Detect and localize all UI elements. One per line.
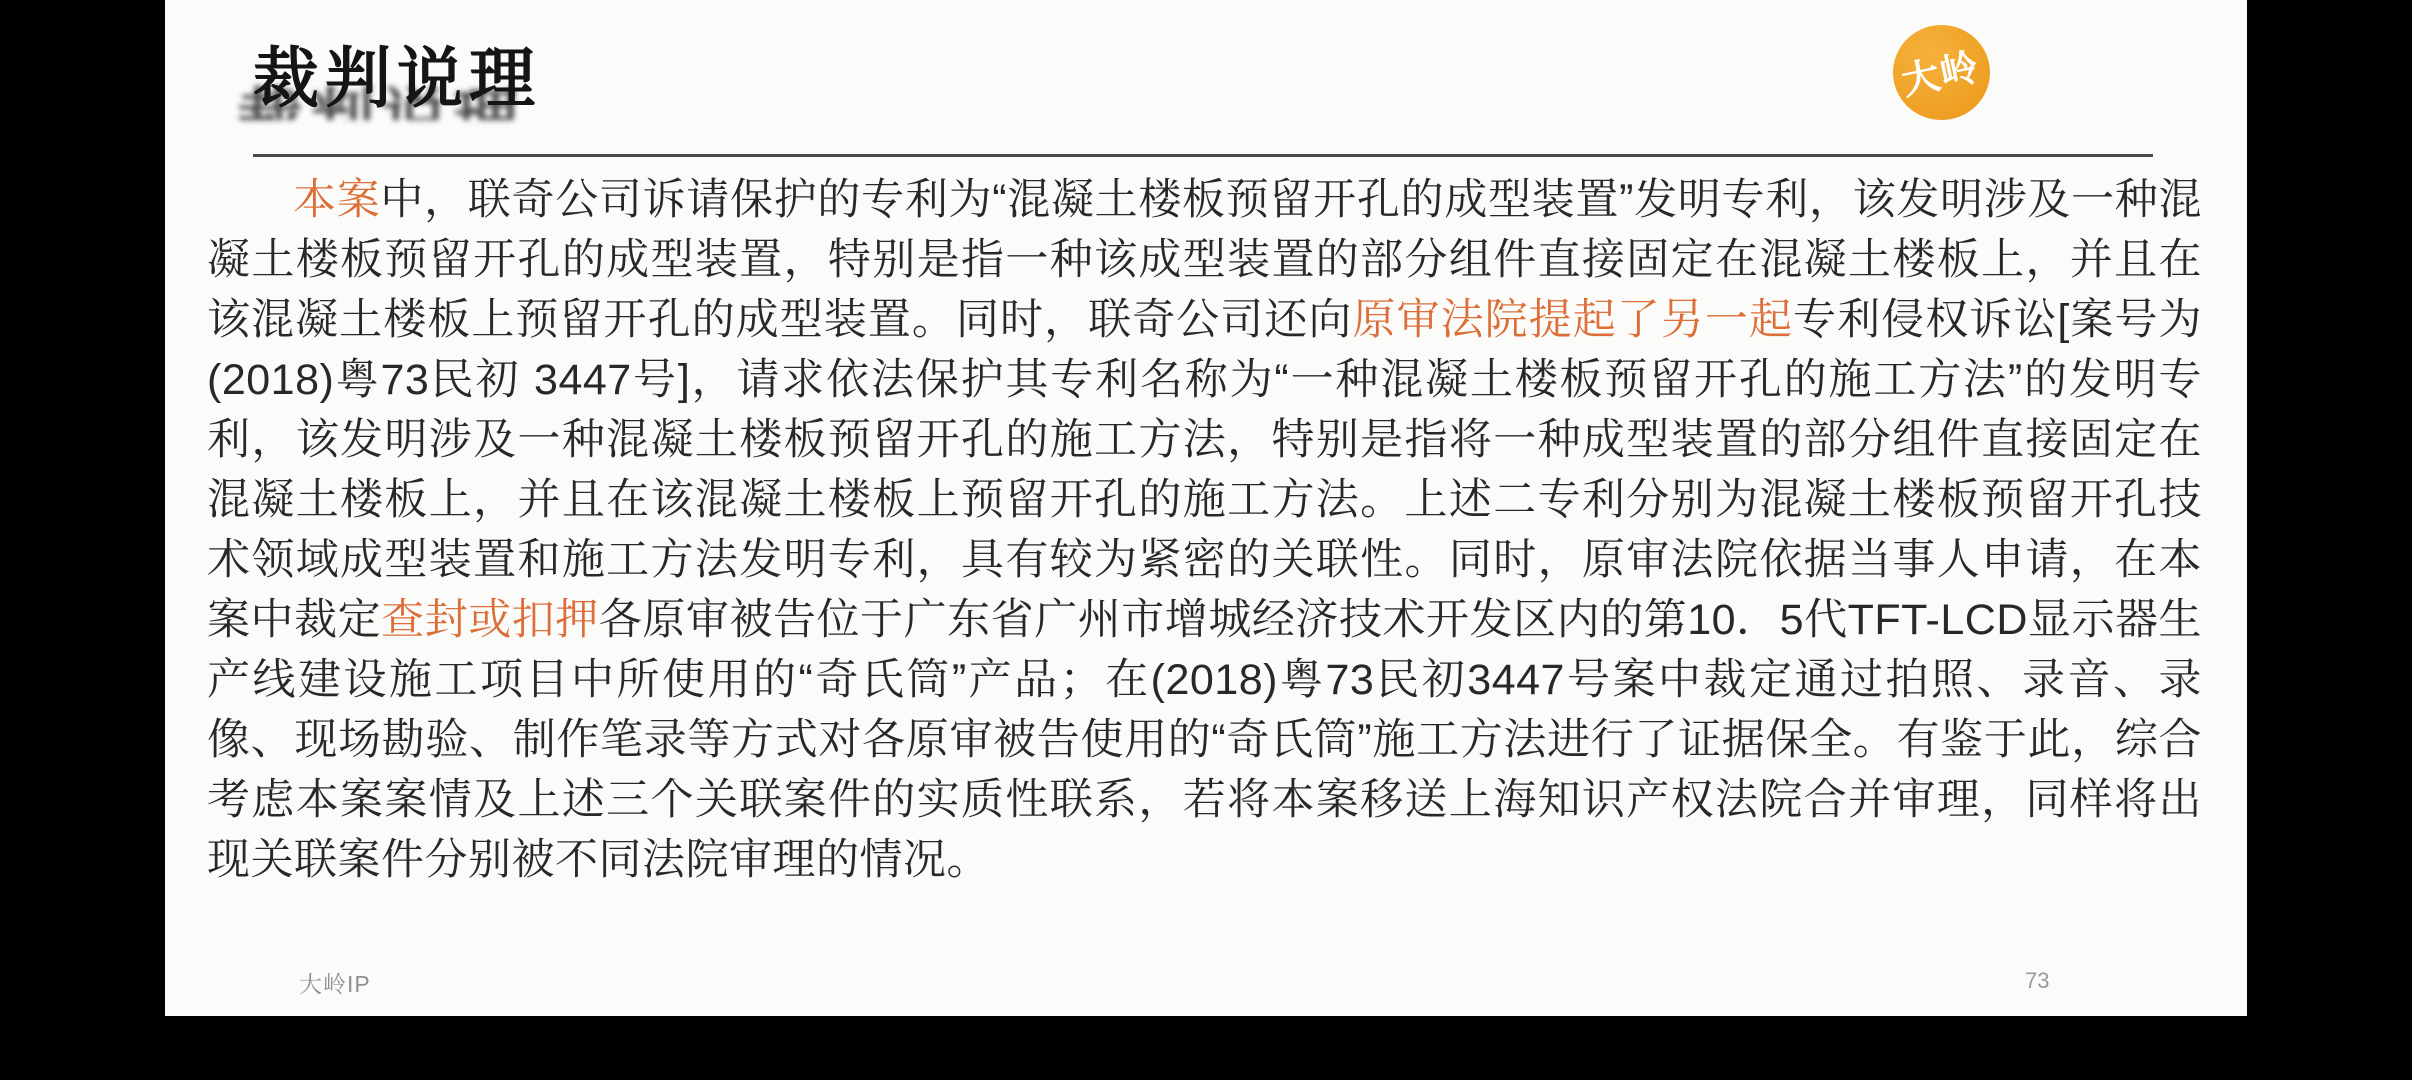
daling-logo-icon: 大岭	[1896, 36, 1984, 106]
video-frame: 裁判说理 裁判说理 大岭 本案中，联奇公司诉请保护的专利为“混凝土楼板预留开孔的…	[0, 0, 2412, 1080]
daling-logo-badge: 大岭	[1893, 25, 1990, 120]
highlight-original-court-suit: 原审法院提起了另一起	[1352, 296, 1793, 344]
title-underline	[253, 154, 2153, 157]
body-segment: 专利侵权诉讼[案号为(2018)粤73民初 3447号]，请求依法保护其专利名称…	[207, 296, 2202, 644]
slide-title: 裁判说理	[253, 44, 541, 113]
footer-brand: 大岭IP	[299, 966, 371, 999]
highlight-this-case: 本案	[293, 176, 380, 224]
judgment-reasoning-paragraph: 本案中，联奇公司诉请保护的专利为“混凝土楼板预留开孔的成型装置”发明专利，该发明…	[207, 170, 2202, 890]
presentation-slide: 裁判说理 裁判说理 大岭 本案中，联奇公司诉请保护的专利为“混凝土楼板预留开孔的…	[165, 0, 2247, 1016]
highlight-seize-or-detain: 查封或扣押	[381, 596, 599, 644]
letterbox-bottom	[0, 1016, 2412, 1080]
page-number: 73	[2025, 968, 2049, 994]
